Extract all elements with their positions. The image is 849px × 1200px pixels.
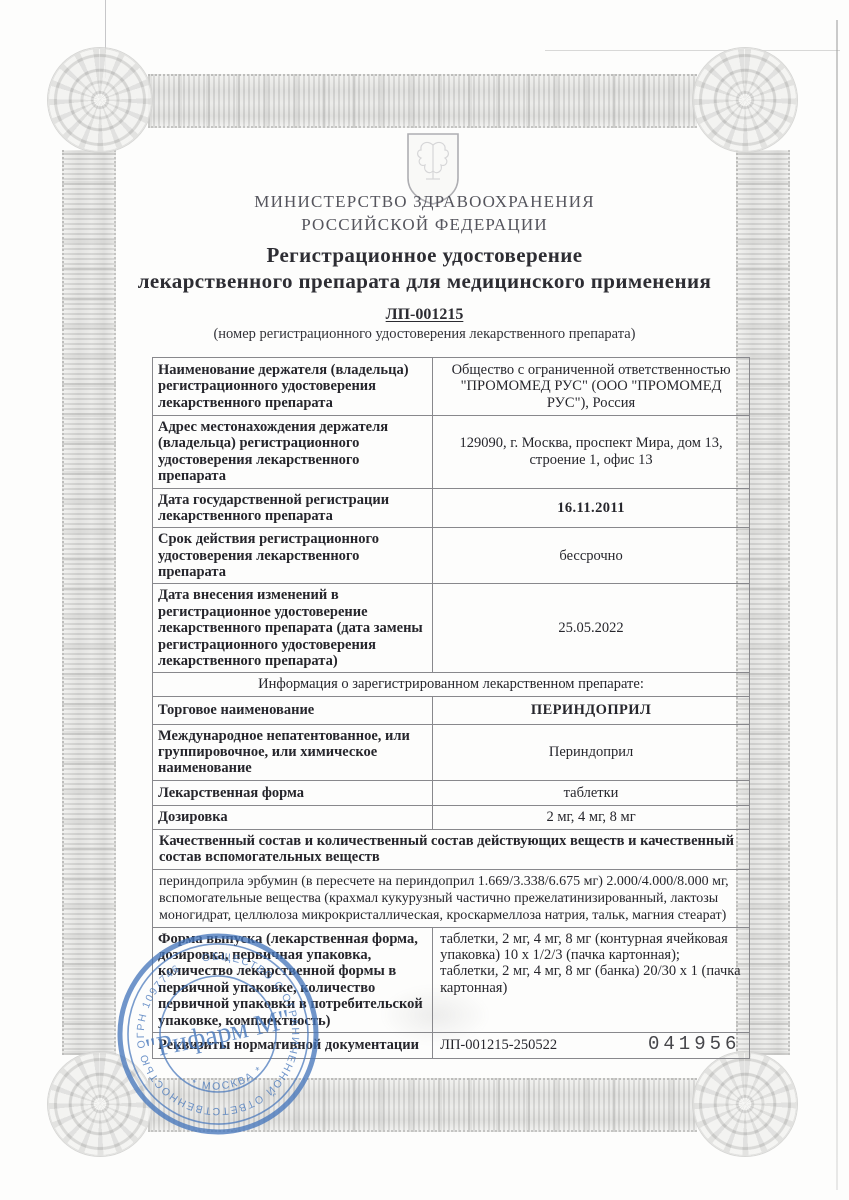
row-value: 2 мг, 4 мг, 8 мг [433,806,749,829]
row-value: Периндоприл [433,725,749,780]
row-label: Срок действия регистрационного удостовер… [153,528,433,583]
ministry-name-line2: РОССИЙСКОЙ ФЕДЕРАЦИИ [0,215,849,235]
row-value: 16.11.2011 [433,489,749,528]
document-title-line1: Регистрационное удостоверение [0,243,849,268]
row-label: Лекарственная форма [153,781,433,805]
table-row: Срок действия регистрационного удостовер… [153,527,749,583]
row-value: бессрочно [433,528,749,583]
corner-rosette-bottom-right [693,1052,797,1156]
stamp-bottom-text: * МОСКВА * [188,1062,268,1099]
table-row: Торговое наименование ПЕРИНДОПРИЛ [153,696,749,724]
svg-text:* МОСКВА *: * МОСКВА * [188,1062,268,1099]
row-label: Адрес местонахождения держателя (владель… [153,416,433,488]
table-row: Дата государственной регистрации лекарст… [153,488,749,528]
registration-number-caption: (номер регистрационного удостоверения ле… [0,326,849,343]
table-row: Дозировка 2 мг, 4 мг, 8 мг [153,805,749,829]
row-value: ПЕРИНДОПРИЛ [433,697,749,724]
row-label: Международное непатентованное, или групп… [153,725,433,780]
info-section-header: Информация о зарегистрированном лекарств… [153,672,749,695]
border-band-top [148,74,697,128]
corner-rosette-top-right [693,48,797,152]
registration-number: ЛП-001215 [0,306,849,324]
scanned-certificate-page: МИНИСТЕРСТВО ЗДРАВООХРАНЕНИЯ РОССИЙСКОЙ … [0,0,849,1200]
table-row: Лекарственная форма таблетки [153,780,749,805]
row-value: 25.05.2022 [433,584,749,672]
composition-text: периндоприла эрбумин (в пересчете на пер… [153,869,749,927]
page-edge-line [545,50,840,51]
company-stamp: ОБЩЕСТВО С ОГРАНИЧЕННОЙ ОТВЕТСТВЕННОСТЬЮ… [112,928,324,1145]
table-row: Адрес местонахождения держателя (владель… [153,415,749,488]
ministry-name-line1: МИНИСТЕРСТВО ЗДРАВООХРАНЕНИЯ [0,192,849,212]
stamp-center-text: "Рифарм М" [143,1004,293,1065]
composition-header: Качественный состав и количественный сос… [153,829,749,869]
serial-number: 041956 [648,1033,740,1055]
row-label: Торговое наименование [153,697,433,724]
row-label: Дата государственной регистрации лекарст… [153,489,433,528]
row-value: Общество с ограниченной ответственностью… [433,358,749,415]
table-row: Наименование держателя (владельца) регис… [153,358,749,415]
row-label: Дозировка [153,806,433,829]
row-value: 129090, г. Москва, проспект Мира, дом 13… [433,416,749,488]
document-title-line2: лекарственного препарата для медицинског… [0,269,849,294]
row-label: Наименование держателя (владельца) регис… [153,358,433,415]
corner-rosette-top-left [48,48,152,152]
row-label: Дата внесения изменений в регистрационно… [153,584,433,672]
row-value: таблетки [433,781,749,805]
table-row: Дата внесения изменений в регистрационно… [153,583,749,672]
table-row: Международное непатентованное, или групп… [153,724,749,780]
row-value: таблетки, 2 мг, 4 мг, 8 мг (контурная яч… [433,928,749,1032]
